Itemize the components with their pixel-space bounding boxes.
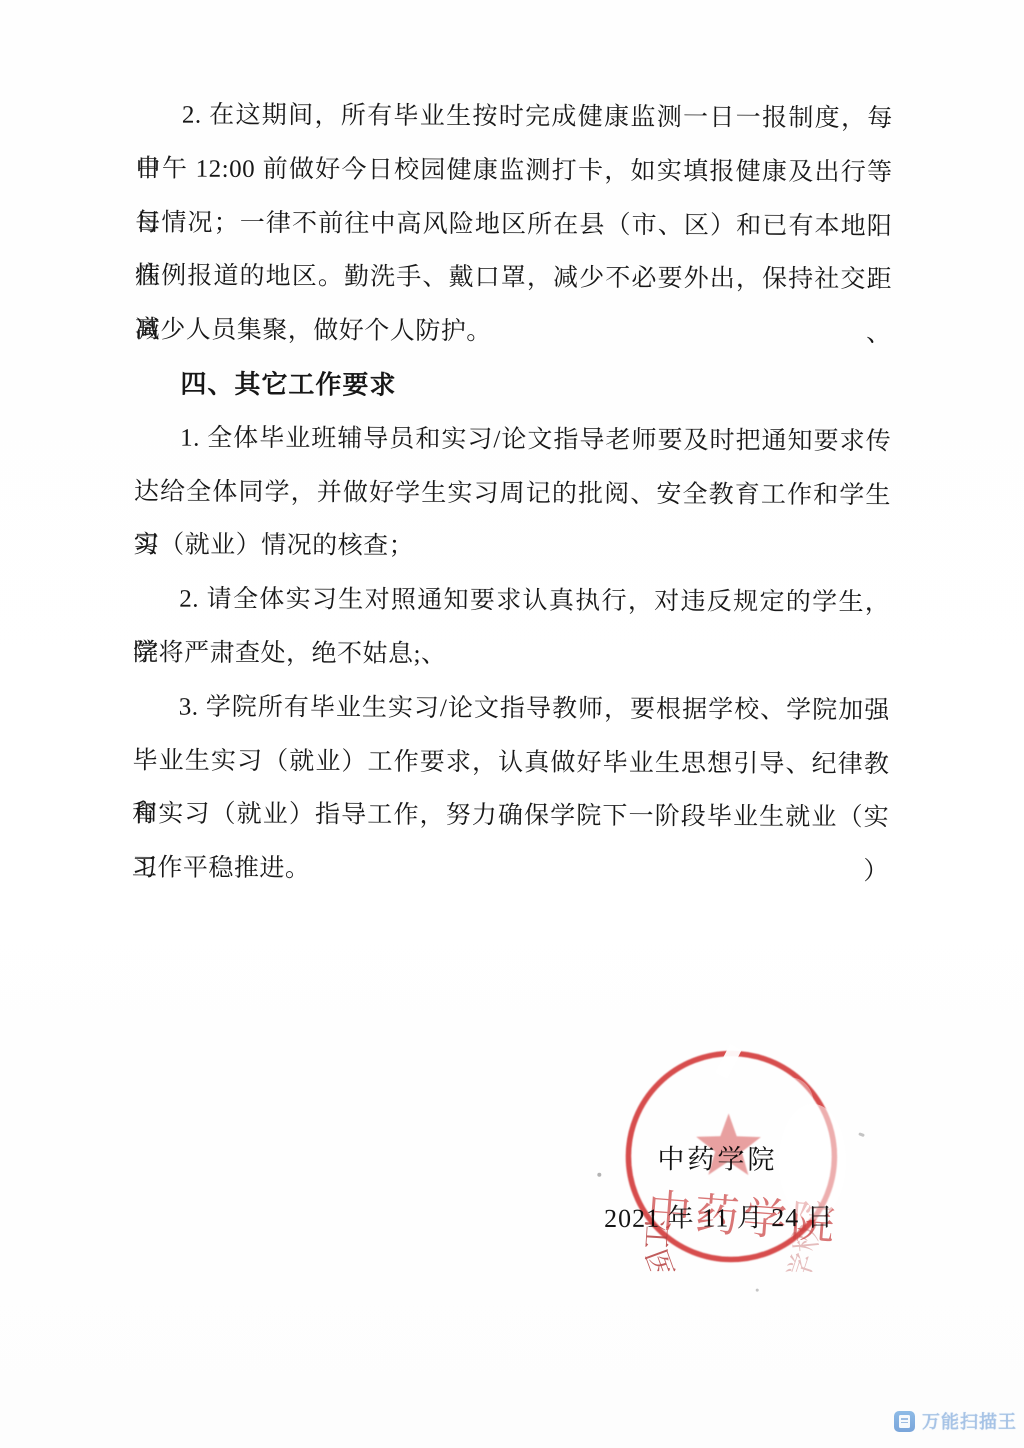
body-text-line: 日情况；一律不前往中高风险地区所在县（市、区）和已有本地阳性: [135, 196, 892, 254]
body-text-line: 3. 学院所有毕业生实习/论文指导教师，要根据学校、学院加强: [133, 680, 890, 738]
document-body: 2. 在这期间，所有毕业生按时完成健康监测一日一报制度，每日中午 12:00 前…: [132, 88, 893, 899]
scan-content: 2. 在这期间，所有毕业生按时完成健康监测一日一报制度，每日中午 12:00 前…: [0, 0, 1024, 1448]
body-text-line: 2. 在这期间，所有毕业生按时完成健康监测一日一报制度，每日: [136, 88, 893, 146]
scan-speck: [756, 1289, 759, 1292]
scanner-app-icon: [894, 1411, 915, 1432]
scanned-document-page: 2. 在这期间，所有毕业生按时完成健康监测一日一报制度，每日中午 12:00 前…: [0, 0, 1024, 1448]
scan-speck: [858, 1132, 865, 1137]
body-text-line: 院将严肃查处，绝不姑息;、: [133, 626, 890, 684]
body-text-line: 1. 全体毕业班辅导员和实习/论文指导老师要及时把通知要求传: [134, 411, 891, 469]
official-seal-stamp: 江医药高等专科学校 中药学院: [616, 1041, 847, 1272]
body-text-line: 达给全体同学，并做好学生实习周记的批阅、安全教育工作和学生实: [134, 465, 891, 523]
body-text-line: 2. 请全体实习生对照通知要求认真执行，对违反规定的学生，学: [133, 573, 890, 631]
body-text-line: 和实习（就业）指导工作，努力确保学院下一阶段毕业生就业（实习）: [132, 788, 889, 846]
section-heading: 四、其它工作要求: [134, 357, 891, 415]
body-text-line: 中午 12:00 前做好今日校园健康监测打卡，如实填报健康及出行等每: [135, 142, 892, 200]
body-text-line: 习（就业）情况的核查；: [133, 519, 890, 577]
star-icon: [696, 1113, 761, 1175]
scan-speck: [597, 1173, 601, 1177]
body-text-line: 毕业生实习（就业）工作要求，认真做好毕业生思想引导、纪律教育: [132, 734, 889, 792]
watermark-label: 万能扫描王: [922, 1408, 1017, 1434]
body-text-line: 病例报道的地区。勤洗手、戴口罩，减少不必要外出，保持社交距离、: [135, 250, 892, 308]
scanner-watermark: 万能扫描王: [894, 1408, 1017, 1434]
